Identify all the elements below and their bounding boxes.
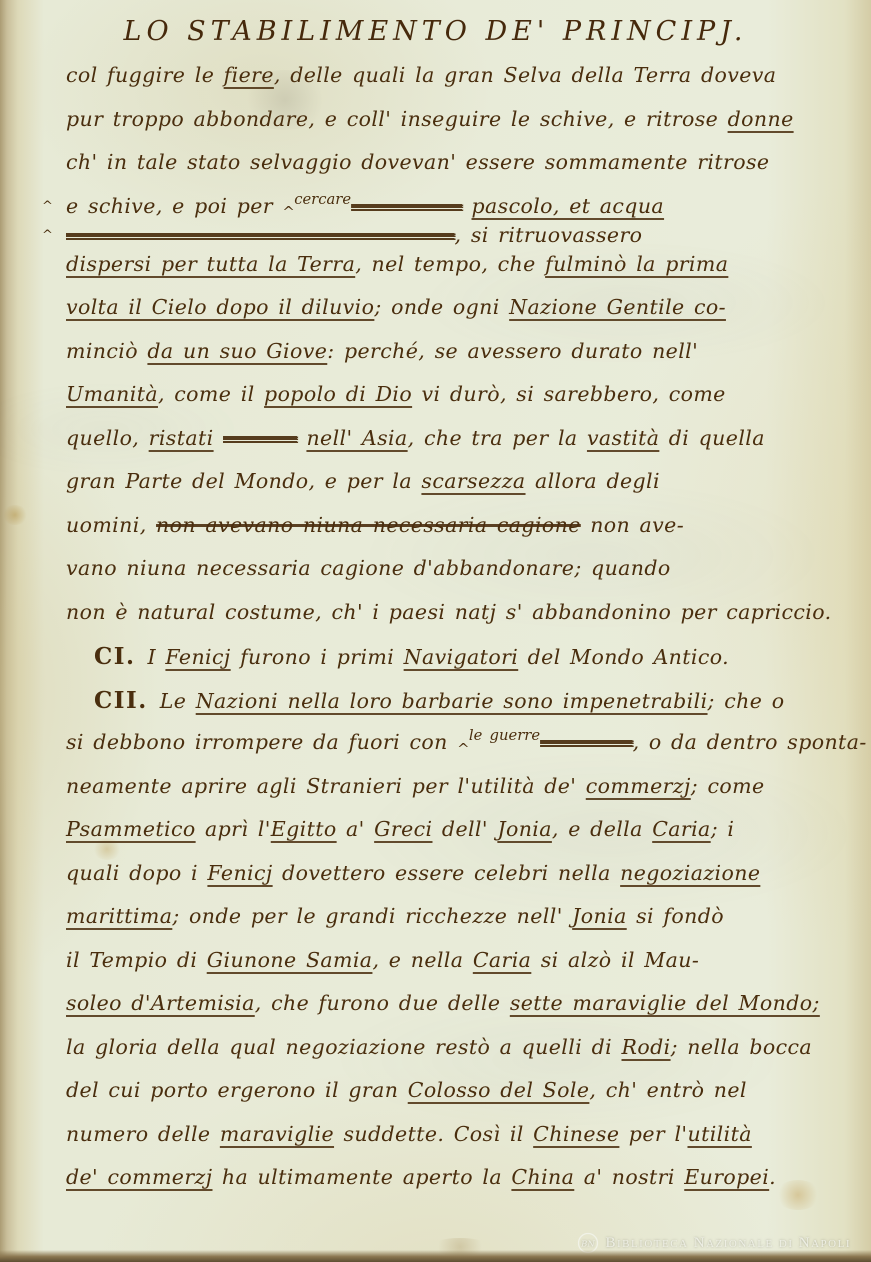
text-segment: quali dopo i xyxy=(66,861,207,885)
text-segment: I xyxy=(148,645,166,669)
text-segment: Fenicj xyxy=(207,861,272,885)
text-segment: del cui porto ergerono il gran xyxy=(66,1078,408,1102)
text-segment: , che furono due delle xyxy=(255,991,510,1015)
library-watermark: BN Biblioteca Nazionale di Napoli xyxy=(577,1232,851,1254)
strikethrough-segment: ————————————————————— xyxy=(66,223,455,247)
text-segment: , o da dentro sponta- xyxy=(633,730,867,754)
text-segment: Chinese xyxy=(533,1122,619,1146)
text-segment: a' xyxy=(337,817,375,841)
text-segment: uomini, xyxy=(66,513,156,537)
text-segment: a' nostri xyxy=(574,1165,684,1189)
text-segment: Giunone Samia xyxy=(207,948,373,972)
text-segment: vi durò, si sarebbero, come xyxy=(412,382,726,406)
text-segment: nell' Asia xyxy=(306,426,407,450)
text-segment: ; che o xyxy=(708,689,785,713)
text-segment: si fondò xyxy=(627,904,724,928)
text-segment: fiere xyxy=(224,63,274,87)
manuscript-line: del cui porto ergerono il gran Colosso d… xyxy=(66,1078,857,1122)
manuscript-line: Umanità, come il popolo di Dio vi durò, … xyxy=(66,382,857,426)
manuscript-line: non è natural costume, ch' i paesi natj … xyxy=(66,600,857,644)
text-segment: maraviglie xyxy=(220,1122,334,1146)
text-segment: numero delle xyxy=(66,1122,220,1146)
text-segment: donne xyxy=(728,107,794,131)
text-segment: ; onde per le grandi ricchezze nell' xyxy=(172,904,572,928)
text-segment: Colosso del Sole xyxy=(408,1078,590,1102)
text-segment: minciò xyxy=(66,339,147,363)
text-segment: scarsezza xyxy=(421,469,525,493)
text-segment: , e nella xyxy=(372,948,472,972)
text-segment: neamente aprire agli Stranieri per l'uti… xyxy=(66,774,586,798)
manuscript-line: soleo d'Artemisia, che furono due delle … xyxy=(66,991,857,1035)
text-segment: da un suo Giove xyxy=(147,339,327,363)
text-segment: Umanità xyxy=(66,382,158,406)
text-segment: Rodi xyxy=(622,1035,671,1059)
text-segment xyxy=(214,426,223,450)
text-segment: China xyxy=(511,1165,574,1189)
text-segment: ch' in tale stato selvaggio dovevan' ess… xyxy=(66,150,769,174)
text-segment: Caria xyxy=(652,817,711,841)
text-segment: ; come xyxy=(691,774,765,798)
strikethrough-segment: ———— xyxy=(223,426,297,450)
bnn-logo-icon: BN xyxy=(577,1232,599,1254)
text-segment: furono i primi xyxy=(231,645,404,669)
manuscript-line: quali dopo i Fenicj dovettero essere cel… xyxy=(66,861,857,905)
manuscript-line: Psammetico aprì l'Egitto a' Greci dell' … xyxy=(66,817,857,861)
paper-stain xyxy=(430,1238,490,1256)
text-segment: vano niuna necessaria cagione d'abbandon… xyxy=(66,556,671,580)
text-segment: Jonia xyxy=(572,904,627,928)
manuscript-line: quello, ristati ———— nell' Asia, che tra… xyxy=(66,426,857,470)
manuscript-line: il Tempio di Giunone Samia, e nella Cari… xyxy=(66,948,857,992)
paragraph-number: CII. xyxy=(94,687,160,714)
manuscript-line: dispersi per tutta la Terra, nel tempo, … xyxy=(66,252,857,296)
text-segment: Europei xyxy=(684,1165,769,1189)
manuscript-line: marittima; onde per le grandi ricchezze … xyxy=(66,904,857,948)
manuscript-line: de' commerzj ha ultimamente aperto la Ch… xyxy=(66,1165,857,1209)
text-segment: : perché, se avessero durato nell' xyxy=(327,339,698,363)
manuscript-line: col fuggire le fiere, delle quali la gra… xyxy=(66,63,857,107)
text-segment: allora degli xyxy=(526,469,660,493)
text-segment: Caria xyxy=(473,948,532,972)
text-segment: dovettero essere celebri nella xyxy=(273,861,621,885)
manuscript-line: pur troppo abbondare, e coll' inseguire … xyxy=(66,107,857,151)
text-segment: Le xyxy=(160,689,196,713)
text-segment: , che tra per la xyxy=(408,426,587,450)
text-segment xyxy=(462,194,471,218)
text-segment: Psammetico xyxy=(66,817,196,841)
manuscript-line: minciò da un suo Giove: perché, se avess… xyxy=(66,339,857,383)
text-segment: ; i xyxy=(711,817,735,841)
text-segment: ; nella bocca xyxy=(671,1035,812,1059)
text-segment: . xyxy=(769,1165,776,1189)
margin-caret: ^ xyxy=(42,199,53,214)
text-segment: volta il Cielo dopo il diluvio xyxy=(66,295,374,319)
manuscript-body: col fuggire le fiere, delle quali la gra… xyxy=(0,47,871,1209)
text-segment: Greci xyxy=(374,817,432,841)
manuscript-line: ^—————————————————————, si ritruovassero xyxy=(66,223,857,252)
text-segment: soleo d'Artemisia xyxy=(66,991,255,1015)
manuscript-title: LO STABILIMENTO DE' PRINCIPJ. xyxy=(0,0,871,47)
manuscript-line: ch' in tale stato selvaggio dovevan' ess… xyxy=(66,150,857,194)
text-segment: popolo di Dio xyxy=(264,382,412,406)
text-segment: marittima xyxy=(66,904,172,928)
text-segment: sette maraviglie del Mondo; xyxy=(510,991,820,1015)
text-segment: Jonia xyxy=(497,817,552,841)
watermark-label: Biblioteca Nazionale di Napoli xyxy=(605,1235,851,1252)
text-segment: ; onde ogni xyxy=(374,295,509,319)
text-segment: e schive, e poi per xyxy=(66,194,282,218)
text-segment: il Tempio di xyxy=(66,948,207,972)
text-segment: si alzò il Mau- xyxy=(531,948,699,972)
text-segment: si debbono irrompere da fuori con xyxy=(66,730,457,754)
text-segment: aprì l' xyxy=(196,817,271,841)
text-segment: suddette. Così il xyxy=(334,1122,533,1146)
manuscript-line: gran Parte del Mondo, e per la scarsezza… xyxy=(66,469,857,513)
manuscript-line: neamente aprire agli Stranieri per l'uti… xyxy=(66,774,857,818)
text-segment: non ave- xyxy=(581,513,684,537)
text-segment: Fenicj xyxy=(165,645,230,669)
text-segment: Nazione Gentile co- xyxy=(509,295,726,319)
strikethrough-segment: ————— xyxy=(540,730,633,754)
manuscript-line: numero delle maraviglie suddette. Così i… xyxy=(66,1122,857,1166)
text-segment: , ch' entrò nel xyxy=(589,1078,747,1102)
text-segment: per l' xyxy=(619,1122,687,1146)
text-segment: del Mondo Antico. xyxy=(518,645,729,669)
text-segment: commerzj xyxy=(586,774,691,798)
text-segment: di quella xyxy=(659,426,765,450)
margin-caret: ^ xyxy=(42,228,53,243)
text-segment: , nel tempo, che xyxy=(355,252,545,276)
manuscript-page-scan: LO STABILIMENTO DE' PRINCIPJ. col fuggir… xyxy=(0,0,871,1262)
text-segment: pur troppo abbondare, e coll' inseguire … xyxy=(66,107,728,131)
manuscript-line: CI. I Fenicj furono i primi Navigatori d… xyxy=(66,643,857,687)
manuscript-line: CII. Le Nazioni nella loro barbarie sono… xyxy=(66,687,857,731)
text-segment: Nazioni nella loro barbarie sono impenet… xyxy=(196,689,708,713)
manuscript-line: uomini, non avevano niuna necessaria cag… xyxy=(66,513,857,557)
text-segment: vastità xyxy=(587,426,659,450)
text-segment: fulminò la prima xyxy=(545,252,728,276)
text-segment: col fuggire le xyxy=(66,63,224,87)
manuscript-line: vano niuna necessaria cagione d'abbandon… xyxy=(66,556,857,600)
text-segment: , come il xyxy=(158,382,264,406)
interlinear-insertion: cercare xyxy=(294,191,351,208)
text-segment: , delle quali la gran Selva della Terra … xyxy=(274,63,776,87)
text-segment: ha ultimamente aperto la xyxy=(213,1165,512,1189)
manuscript-line: la gloria della qual negoziazione restò … xyxy=(66,1035,857,1079)
paragraph-number: CI. xyxy=(94,643,148,670)
text-segment: , si ritruovassero xyxy=(455,223,643,247)
insertion-caret: ^ xyxy=(457,741,470,758)
manuscript-line: ^e schive, e poi per ^cercare—————— pasc… xyxy=(66,194,857,223)
strikethrough-segment: non avevano niuna necessaria cagione xyxy=(156,513,581,537)
text-segment: dispersi per tutta la Terra xyxy=(66,252,355,276)
interlinear-insertion: le guerre xyxy=(469,727,540,744)
text-segment: gran Parte del Mondo, e per la xyxy=(66,469,421,493)
svg-text:BN: BN xyxy=(581,1240,596,1250)
text-segment: de' commerzj xyxy=(66,1165,213,1189)
strikethrough-segment: —————— xyxy=(351,194,462,218)
text-segment: quello, xyxy=(66,426,149,450)
text-segment: Egitto xyxy=(271,817,337,841)
text-segment: utilità xyxy=(687,1122,751,1146)
text-segment: la gloria della qual negoziazione restò … xyxy=(66,1035,622,1059)
text-segment: negoziazione xyxy=(620,861,760,885)
text-segment: Navigatori xyxy=(404,645,519,669)
text-segment: dell' xyxy=(433,817,498,841)
text-segment: , e della xyxy=(552,817,652,841)
text-segment: ristati xyxy=(149,426,214,450)
manuscript-line: si debbono irrompere da fuori con ^le gu… xyxy=(66,730,857,774)
text-segment: non è natural costume, ch' i paesi natj … xyxy=(66,600,832,624)
text-segment: pascolo, et acqua xyxy=(472,194,665,218)
manuscript-line: volta il Cielo dopo il diluvio; onde ogn… xyxy=(66,295,857,339)
